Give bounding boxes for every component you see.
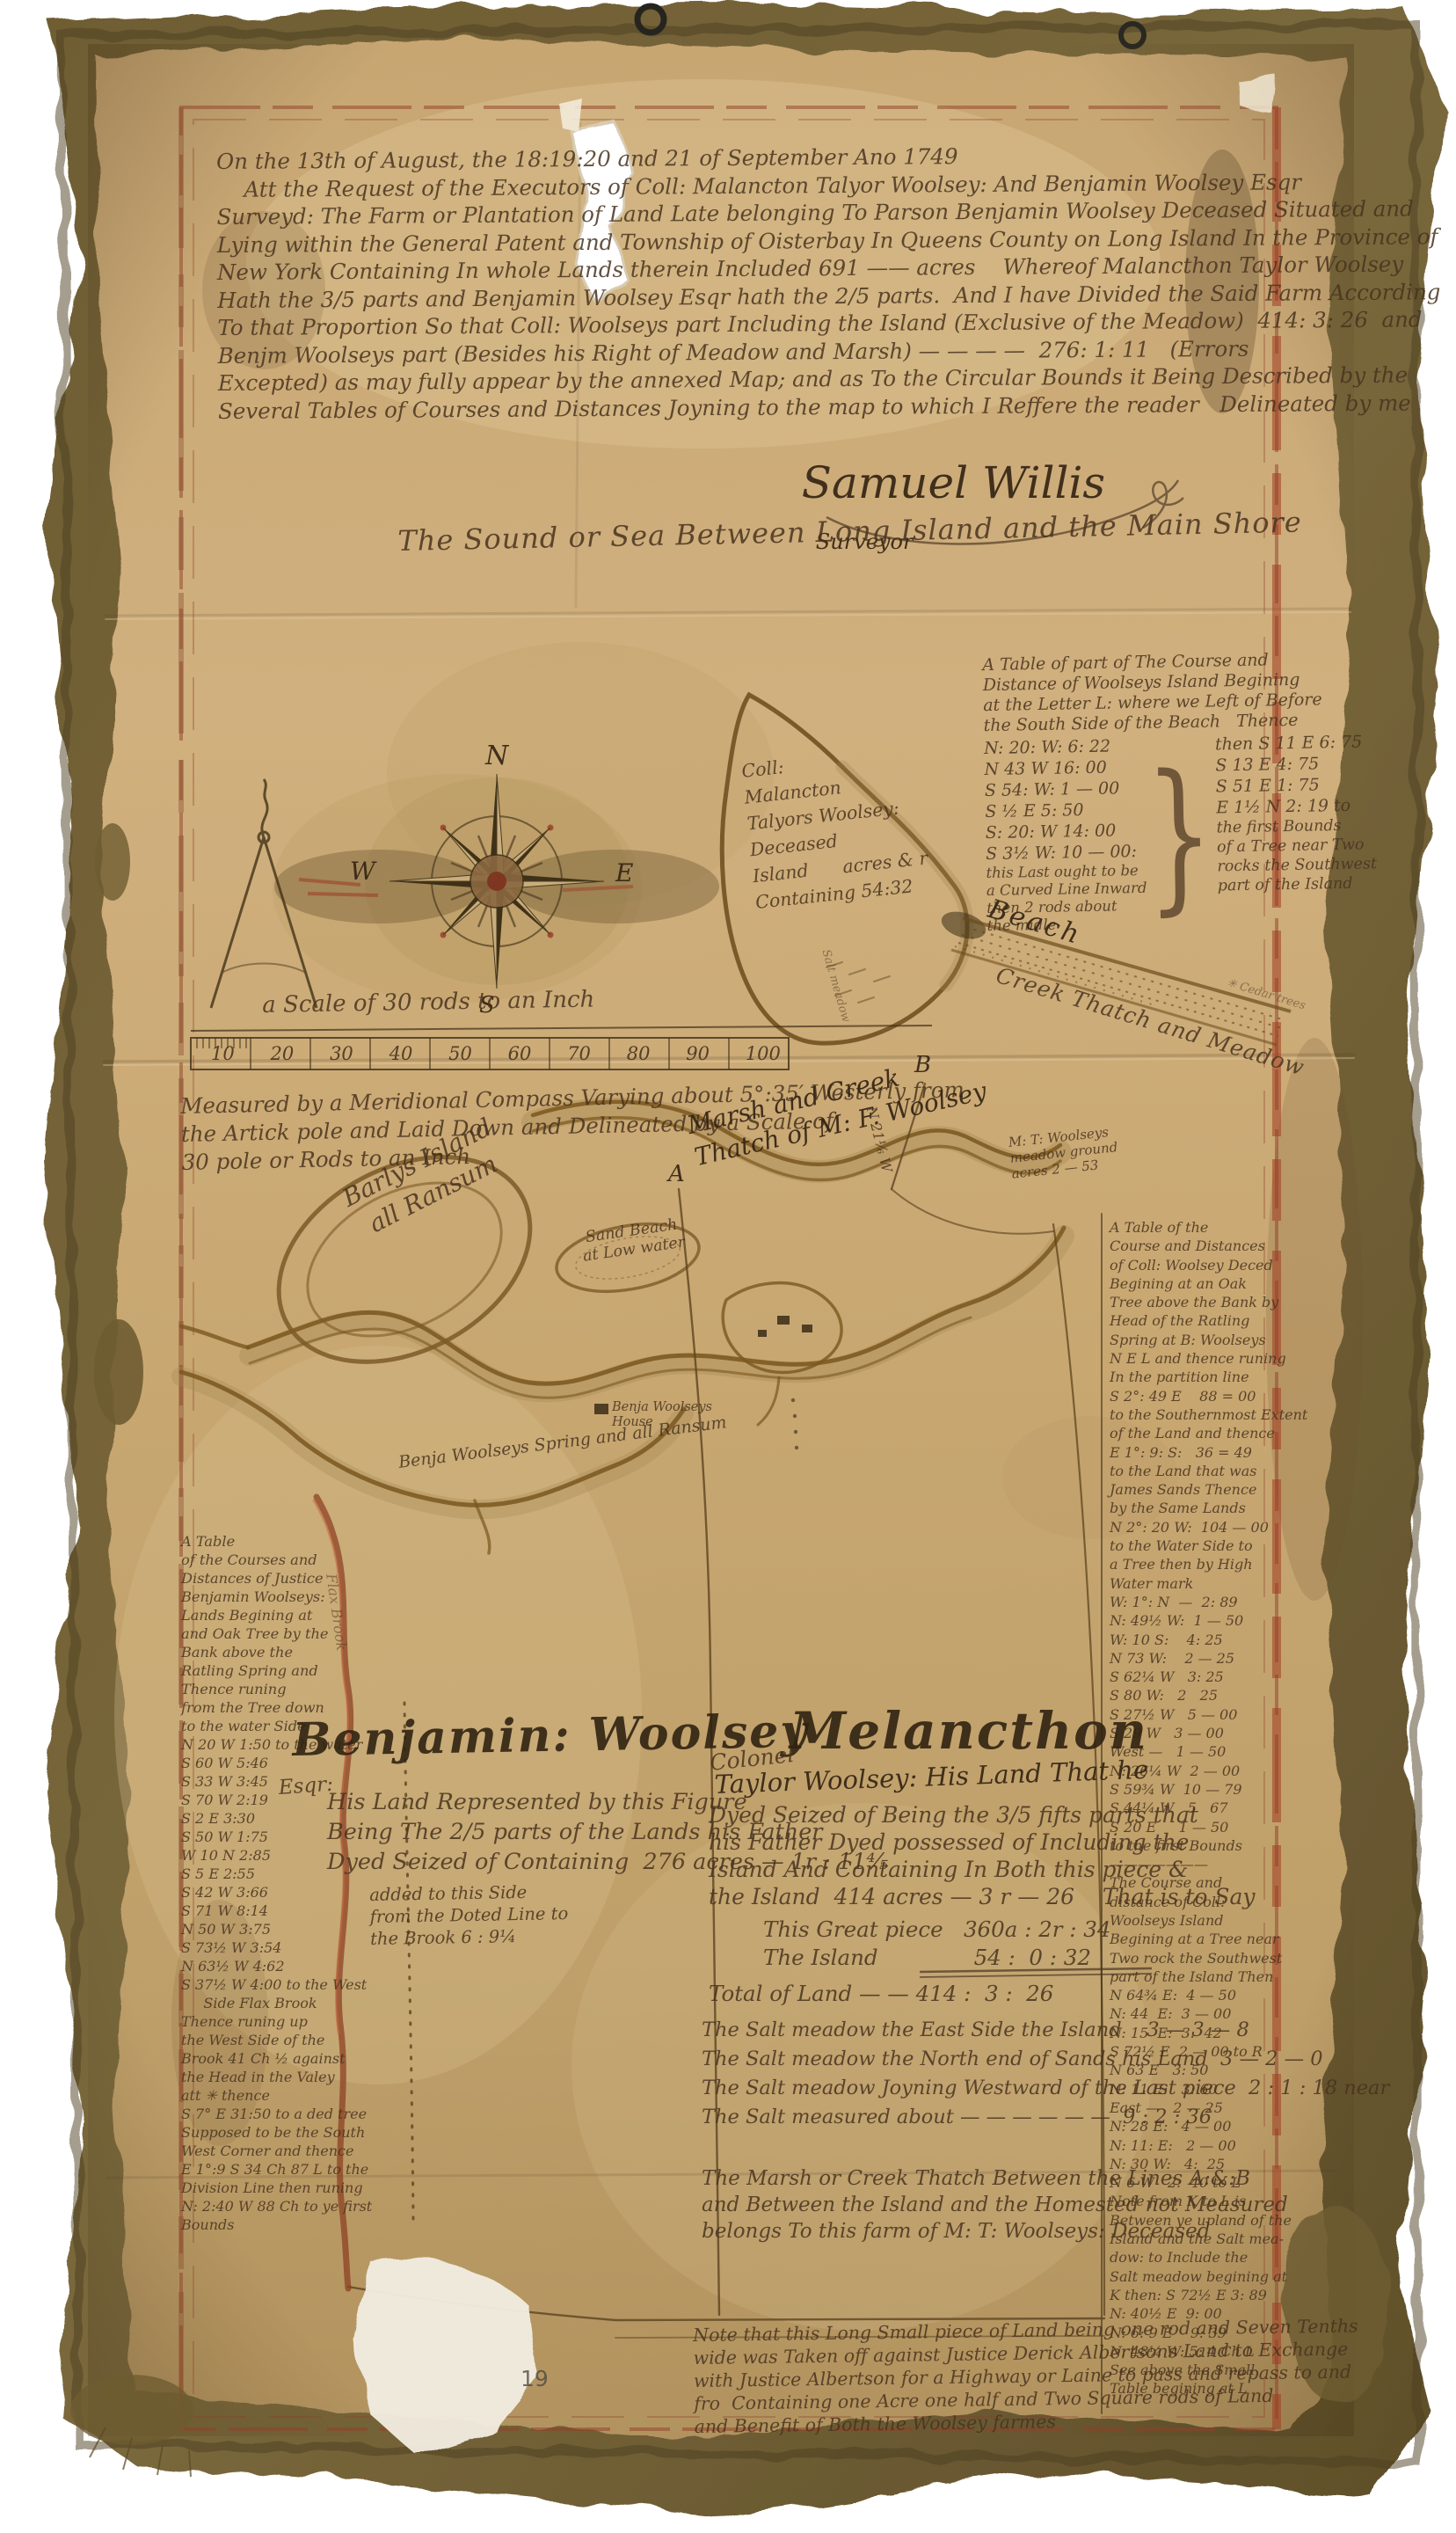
- table-island-part: A Table of part of The Course and Distan…: [982, 650, 1294, 935]
- table-island-part-right-note: the first Bounds of a Tree near Two rock…: [1216, 815, 1377, 895]
- scale-tick-label: 10: [211, 1043, 235, 1064]
- scale-tick-label: 50: [448, 1043, 472, 1064]
- scale-tick-label: 90: [686, 1043, 710, 1064]
- table-brace: }: [1144, 734, 1214, 940]
- scale-tick-label: 70: [567, 1043, 591, 1064]
- table-island-part-left-rows: N: 20: W: 6: 22 N 43 W 16: 00 S 54: W: 1…: [984, 735, 1147, 865]
- point-a-label: A: [668, 1161, 685, 1187]
- scale-tick-label: 80: [627, 1043, 651, 1064]
- benjamin-esq: Esqr:: [278, 1773, 334, 1799]
- scale-tick-label: 100: [746, 1043, 781, 1064]
- melancthon-accounts: This Great piece 360a : 2r : 34 The Isla…: [763, 1916, 1110, 1972]
- melancthon-body: Dyed Seized of Being the 3/5 fifts parts…: [709, 1801, 1255, 1910]
- benjamin-addendum: added to this Side from the Doted Line t…: [369, 1880, 569, 1950]
- scale-tick-label: 20: [271, 1043, 295, 1064]
- table-benjamin: A Table of the Courses and Distances of …: [181, 1532, 339, 2234]
- compass-east-label: E: [615, 858, 633, 887]
- house-label: Benja Woolseys House: [612, 1400, 712, 1429]
- table-island-part-right-rows: then S 11 E 6: 75 S 13 E 4: 75 S 51 E 1:…: [1215, 731, 1376, 818]
- marsh-note: The Marsh or Creek Thatch Between the Li…: [702, 2165, 1288, 2245]
- salt-meadow-lines: The Salt meadow the East Side the Island…: [702, 2016, 1389, 2132]
- compass-north-label: N: [485, 741, 508, 771]
- table-benjamin-header: A Table of the Courses and Distances of …: [181, 1532, 339, 1735]
- scale-tick-label: 40: [389, 1043, 413, 1064]
- map-artifact: On the 13th of August, the 18:19:20 and …: [0, 0, 1456, 2533]
- island-owner-label: Coll: Malancton Talyors Woolsey: Decease…: [740, 740, 932, 916]
- page-number: 19: [521, 2366, 549, 2391]
- table-island-part-header: A Table of part of The Course and Distan…: [982, 650, 1292, 736]
- compass-west-label: W: [350, 857, 375, 886]
- melancthon-title: Melancthon: [790, 1701, 1148, 1761]
- deed-header: On the 13th of August, the 18:19:20 and …: [216, 140, 1299, 425]
- scale-tick-label: 60: [508, 1043, 532, 1064]
- melancthon-total: Total of Land — — 414 : 3 : 26: [709, 1981, 1053, 2006]
- scale-tick-label: 30: [330, 1043, 353, 1064]
- scale-numbers: 10 20 30 40 50 60 70 80 90 100: [211, 1043, 781, 1064]
- point-b-label: B: [914, 1052, 931, 1078]
- table-benjamin-footer: Thence runing up the West Side of the Br…: [181, 2012, 339, 2234]
- bottom-note: Note that this Long Small piece of Land …: [693, 2314, 1359, 2438]
- surveyor-name: Samuel Willis: [802, 457, 1105, 508]
